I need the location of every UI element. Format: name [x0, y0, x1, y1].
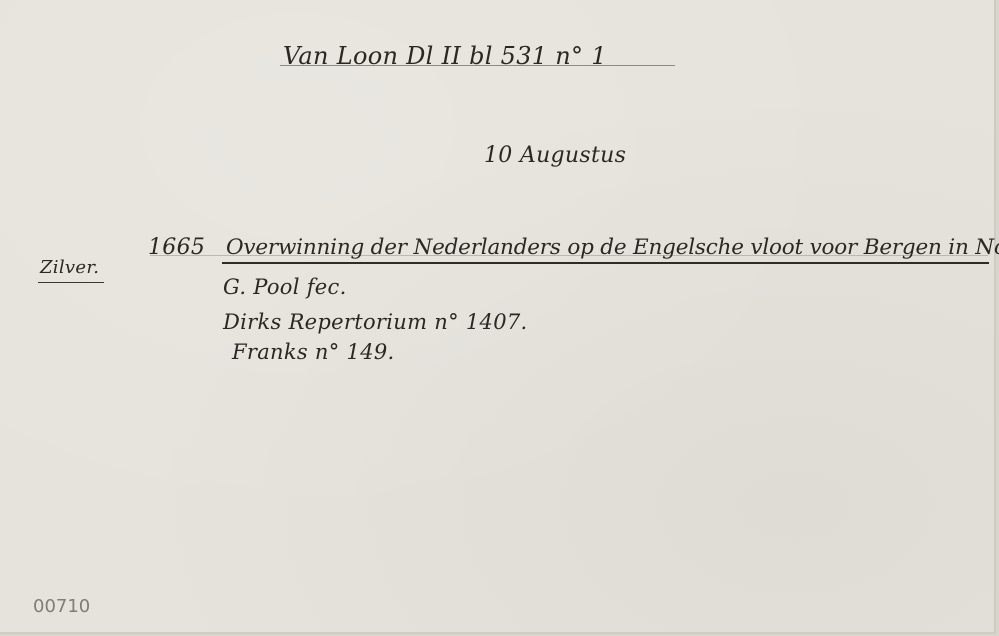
- inventory-number: 00710: [33, 596, 90, 617]
- header-rule: [280, 65, 675, 66]
- reference-franks: Franks n° 149.: [232, 340, 395, 364]
- catalogue-card: Van Loon Dl II bl 531 n° 1 10 Augustus Z…: [0, 0, 996, 634]
- metal-underline: [38, 282, 104, 283]
- reference-dirks: Dirks Repertorium n° 1407.: [223, 310, 528, 334]
- year-text: 1665: [148, 235, 205, 260]
- title-underline: [222, 262, 989, 264]
- medal-title: Overwinning der Nederlanders op de Engel…: [226, 235, 999, 260]
- metal-label: Zilver.: [40, 257, 99, 278]
- maker-text: G. Pool fec.: [223, 275, 347, 299]
- date-text: 10 Augustus: [484, 143, 626, 168]
